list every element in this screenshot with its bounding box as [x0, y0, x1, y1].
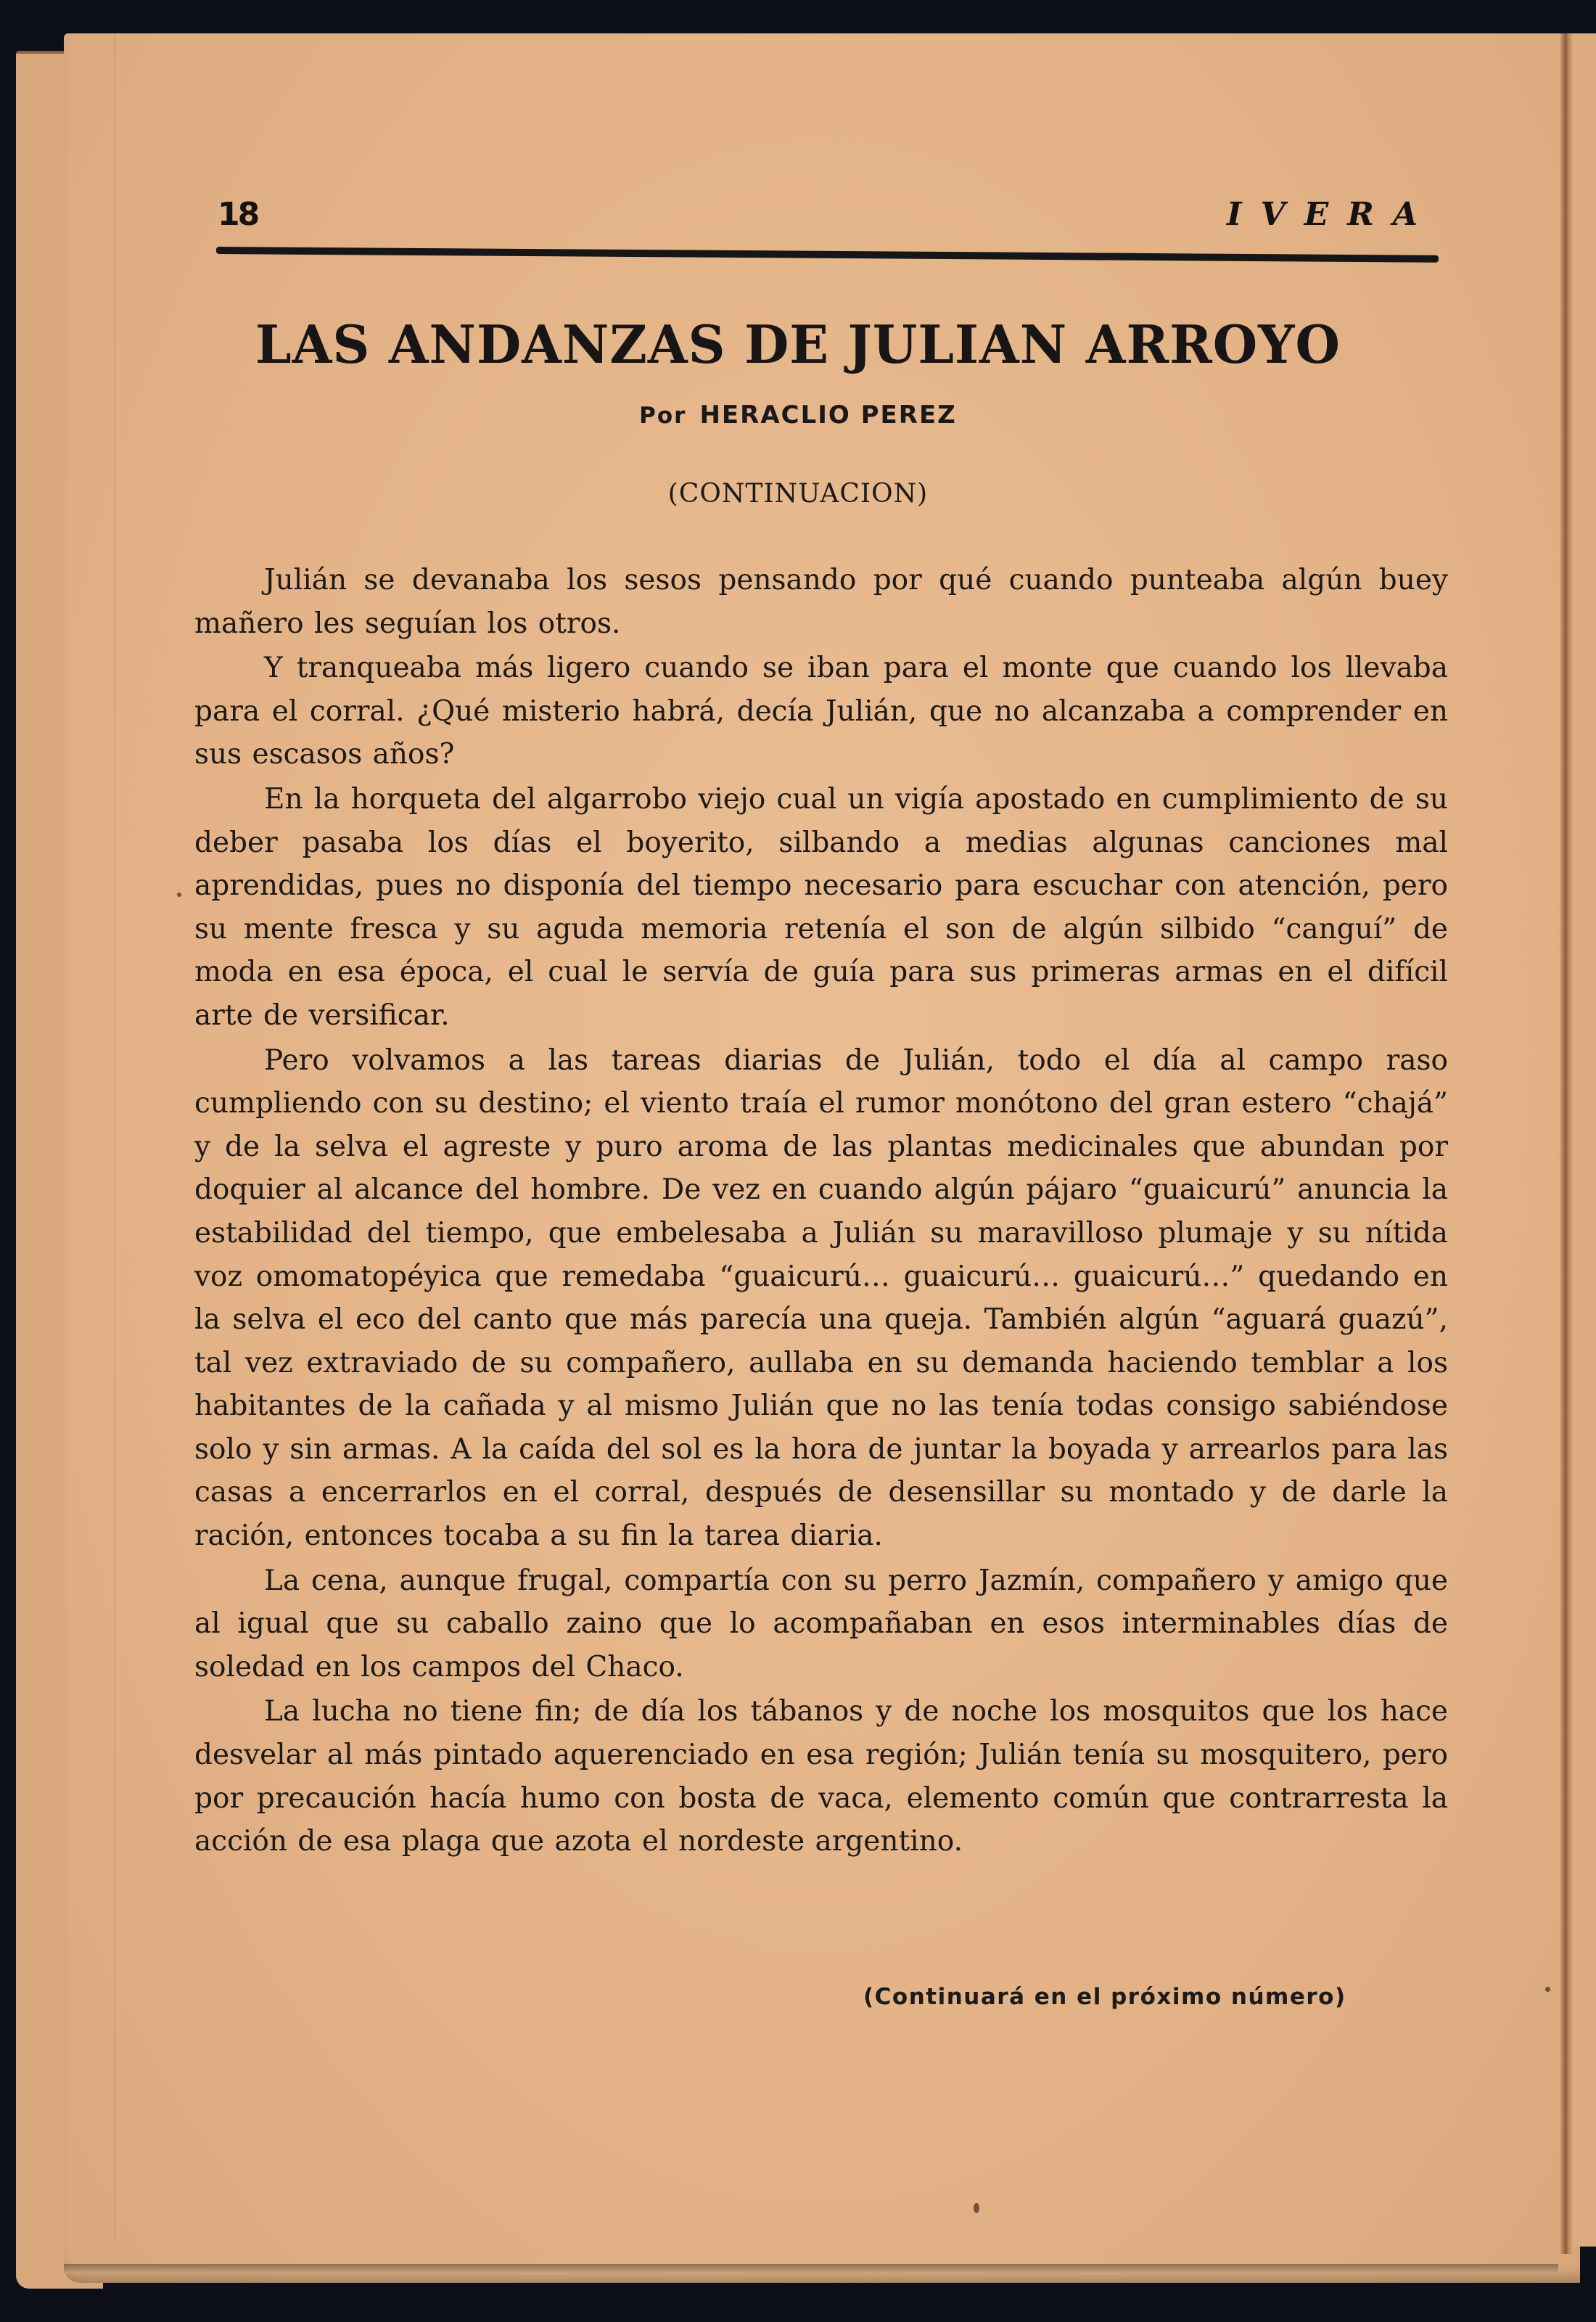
paper-speck: [177, 893, 181, 897]
paragraph: Julián se devanaba los sesos pensando po…: [194, 559, 1448, 645]
continuation-label: (CONTINUACION): [0, 479, 1596, 509]
paragraph: En la horqueta del algarrobo viejo cual …: [194, 778, 1448, 1038]
page-bottom-edge: [64, 2264, 1558, 2274]
page-number: 18: [218, 196, 258, 233]
paragraph: Pero volvamos a las tareas diarias de Ju…: [194, 1039, 1448, 1558]
running-head: 18 IVERA: [218, 196, 1436, 254]
author-name: HERACLIO PEREZ: [699, 401, 956, 430]
article-title: LAS ANDANZAS DE JULIAN ARROYO: [16, 313, 1580, 375]
continued-note: (Continuará en el próximo número): [863, 1984, 1346, 2010]
paragraph: La cena, aunque frugal, compartía con su…: [194, 1559, 1448, 1689]
magazine-name: IVERA: [1227, 196, 1436, 233]
paper-speck: [974, 2203, 979, 2213]
paragraph: Y tranqueaba más ligero cuando se iban p…: [194, 647, 1448, 776]
article-body: Julián se devanaba los sesos pensando po…: [194, 559, 1448, 1865]
byline: PorHERACLIO PEREZ: [0, 401, 1596, 430]
paragraph: La lucha no tiene fin; de día los tábano…: [194, 1690, 1448, 1863]
byline-prefix: Por: [639, 403, 686, 429]
paper-speck: [1545, 1987, 1550, 1992]
